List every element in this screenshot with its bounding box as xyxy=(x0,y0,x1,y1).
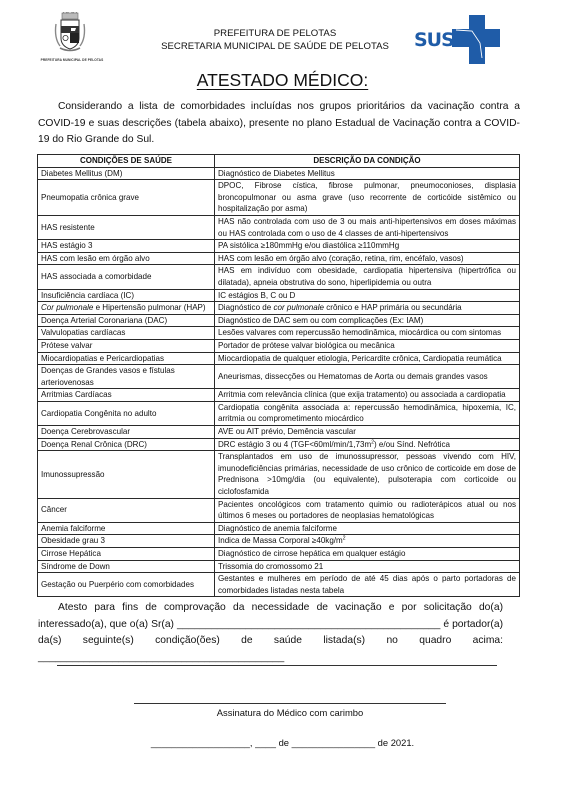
table-row: Anemia falciformeDiagnóstico de anemia f… xyxy=(38,522,520,535)
condition-cell: Síndrome de Down xyxy=(38,560,215,573)
description-cell: Lesões valvares com repercussão hemodinâ… xyxy=(215,327,520,340)
description-cell: Diagnóstico de DAC sem ou com complicaçõ… xyxy=(215,314,520,327)
condition-cell: Doença Renal Crônica (DRC) xyxy=(38,438,215,451)
description-cell: Miocardiopatia de qualquer etiologia, Pe… xyxy=(215,352,520,365)
table-row: Gestação ou Puerpério com comorbidadesGe… xyxy=(38,573,520,597)
description-cell: PA sistólica ≥180mmHg e/ou diastólica ≥1… xyxy=(215,240,520,253)
description-cell: Pacientes oncológicos com tratamento qui… xyxy=(215,498,520,522)
table-row: Cirrose HepáticaDiagnóstico de cirrose h… xyxy=(38,548,520,561)
condition-cell: HAS associada a comorbidade xyxy=(38,265,215,289)
condition-cell: Doenças de Grandes vasos e fístulas arte… xyxy=(38,365,215,389)
condition-cell: Arritmias Cardíacas xyxy=(38,389,215,402)
condition-cell: Cirrose Hepática xyxy=(38,548,215,561)
table-row: Cardiopatia Congênita no adultoCardiopat… xyxy=(38,401,520,425)
table-row: HAS associada a comorbidadeHAS em indiví… xyxy=(38,265,520,289)
condition-cell: Imunossupressão xyxy=(38,451,215,498)
org-line-2: SECRETARIA MUNICIPAL DE SAÚDE DE PELOTAS xyxy=(140,41,410,54)
table-row: CâncerPacientes oncológicos com tratamen… xyxy=(38,498,520,522)
header-description: DESCRIÇÃO DA CONDIÇÃO xyxy=(215,155,520,168)
intro-paragraph: Considerando a lista de comorbidades inc… xyxy=(38,99,520,149)
description-cell: Transplantados em uso de imunossupressor… xyxy=(215,451,520,498)
condition-cell: Insuficiência cardíaca (IC) xyxy=(38,289,215,302)
condition-cell: Cardiopatia Congênita no adulto xyxy=(38,401,215,425)
attestation-paragraph: Atesto para fins de comprovação da neces… xyxy=(38,600,503,666)
organization-name: PREFEITURA DE PELOTAS SECRETARIA MUNICIP… xyxy=(140,28,410,53)
table-row: Doença CerebrovascularAVE ou AIT prévio,… xyxy=(38,426,520,439)
description-cell: HAS não controlada com uso de 3 ou mais … xyxy=(215,215,520,239)
table-header-row: CONDIÇÕES DE SAÚDE DESCRIÇÃO DA CONDIÇÃO xyxy=(38,155,520,168)
condition-cell: Cor pulmonale e Hipertensão pulmonar (HA… xyxy=(38,302,215,315)
condition-cell: Câncer xyxy=(38,498,215,522)
description-cell: Diagnóstico de Diabetes Mellitus xyxy=(215,167,520,180)
conditions-field[interactable]: ________________________________________… xyxy=(38,652,284,663)
condition-cell: Miocardiopatias e Pericardiopatias xyxy=(38,352,215,365)
description-cell: AVE ou AIT prévio, Demência vascular xyxy=(215,426,520,439)
header-conditions: CONDIÇÕES DE SAÚDE xyxy=(38,155,215,168)
condition-cell: Prótese valvar xyxy=(38,339,215,352)
description-cell: Cardiopatia congênita associada a: reper… xyxy=(215,401,520,425)
table-row: HAS com lesão em órgão alvoHAS com lesão… xyxy=(38,252,520,265)
table-row: Prótese valvarPortador de prótese valvar… xyxy=(38,339,520,352)
condition-cell: Anemia falciforme xyxy=(38,522,215,535)
month-field[interactable]: ________________ xyxy=(292,737,375,748)
table-row: Insuficiência cardíaca (IC)IC estágios B… xyxy=(38,289,520,302)
pelotas-crest-logo xyxy=(52,12,88,56)
document-title: ATESTADO MÉDICO: xyxy=(0,70,565,91)
day-field[interactable]: ____ xyxy=(255,737,276,748)
condition-cell: Pneumopatia crônica grave xyxy=(38,180,215,216)
table-row: Cor pulmonale e Hipertensão pulmonar (HA… xyxy=(38,302,520,315)
description-cell: Portador de prótese valvar biológica ou … xyxy=(215,339,520,352)
description-cell: DPOC, Fibrose cística, fibrose pulmonar,… xyxy=(215,180,520,216)
description-cell: Trissomia do cromossomo 21 xyxy=(215,560,520,573)
org-line-1: PREFEITURA DE PELOTAS xyxy=(140,28,410,41)
description-cell: IC estágios B, C ou D xyxy=(215,289,520,302)
table-row: Obesidade grau 3Indica de Massa Corporal… xyxy=(38,535,520,548)
signature-line[interactable] xyxy=(134,703,446,704)
condition-cell: Doença Cerebrovascular xyxy=(38,426,215,439)
condition-cell: HAS estágio 3 xyxy=(38,240,215,253)
comorbidities-table: CONDIÇÕES DE SAÚDE DESCRIÇÃO DA CONDIÇÃO… xyxy=(37,154,520,597)
sus-logo: SUS xyxy=(412,14,502,64)
description-cell: Arritmia com relevância clínica (que exi… xyxy=(215,389,520,402)
description-cell: Diagnóstico de cor pulmonale crônico e H… xyxy=(215,302,520,315)
year-text: 2021. xyxy=(391,737,414,748)
table-row: Doença Renal Crônica (DRC)DRC estágio 3 … xyxy=(38,438,520,451)
description-cell: HAS com lesão em órgão alvo (coração, re… xyxy=(215,252,520,265)
description-cell: Diagnóstico de cirrose hepática em qualq… xyxy=(215,548,520,561)
table-row: HAS estágio 3PA sistólica ≥180mmHg e/ou … xyxy=(38,240,520,253)
patient-name-field[interactable]: ________________________________________… xyxy=(177,619,440,630)
table-row: Síndrome de DownTrissomia do cromossomo … xyxy=(38,560,520,573)
description-cell: Indica de Massa Corporal ≥40kg/m2 xyxy=(215,535,520,548)
table-row: Arritmias CardíacasArritmia com relevânc… xyxy=(38,389,520,402)
condition-cell: HAS com lesão em órgão alvo xyxy=(38,252,215,265)
description-cell: Diagnóstico de anemia falciforme xyxy=(215,522,520,535)
description-cell: Gestantes e mulheres em período de até 4… xyxy=(215,573,520,597)
date-line: ___________________, ____ de ___________… xyxy=(0,737,565,748)
signature-label: Assinatura do Médico com carimbo xyxy=(134,707,446,718)
condition-cell: Obesidade grau 3 xyxy=(38,535,215,548)
description-cell: Aneurismas, dissecções ou Hematomas de A… xyxy=(215,365,520,389)
condition-cell: Doença Arterial Coronariana (DAC) xyxy=(38,314,215,327)
table-row: Doenças de Grandes vasos e fístulas arte… xyxy=(38,365,520,389)
condition-cell: Valvulopatias cardíacas xyxy=(38,327,215,340)
description-cell: HAS em indivíduo com obesidade, cardiopa… xyxy=(215,265,520,289)
crest-caption: PREFEITURA MUNICIPAL DE PELOTAS xyxy=(36,58,108,62)
table-row: Miocardiopatias e PericardiopatiasMiocar… xyxy=(38,352,520,365)
table-row: Pneumopatia crônica graveDPOC, Fibrose c… xyxy=(38,180,520,216)
table-row: Doença Arterial Coronariana (DAC)Diagnós… xyxy=(38,314,520,327)
table-row: Valvulopatias cardíacasLesões valvares c… xyxy=(38,327,520,340)
table-row: Diabetes Mellitus (DM)Diagnóstico de Dia… xyxy=(38,167,520,180)
description-cell: DRC estágio 3 ou 4 (TGF<60ml/min/1,73m2)… xyxy=(215,438,520,451)
table-row: HAS resistenteHAS não controlada com uso… xyxy=(38,215,520,239)
conditions-continuation-line[interactable] xyxy=(57,665,497,666)
condition-cell: Diabetes Mellitus (DM) xyxy=(38,167,215,180)
condition-cell: HAS resistente xyxy=(38,215,215,239)
city-field[interactable]: ___________________ xyxy=(151,737,250,748)
table-row: ImunossupressãoTransplantados em uso de … xyxy=(38,451,520,498)
condition-cell: Gestação ou Puerpério com comorbidades xyxy=(38,573,215,597)
